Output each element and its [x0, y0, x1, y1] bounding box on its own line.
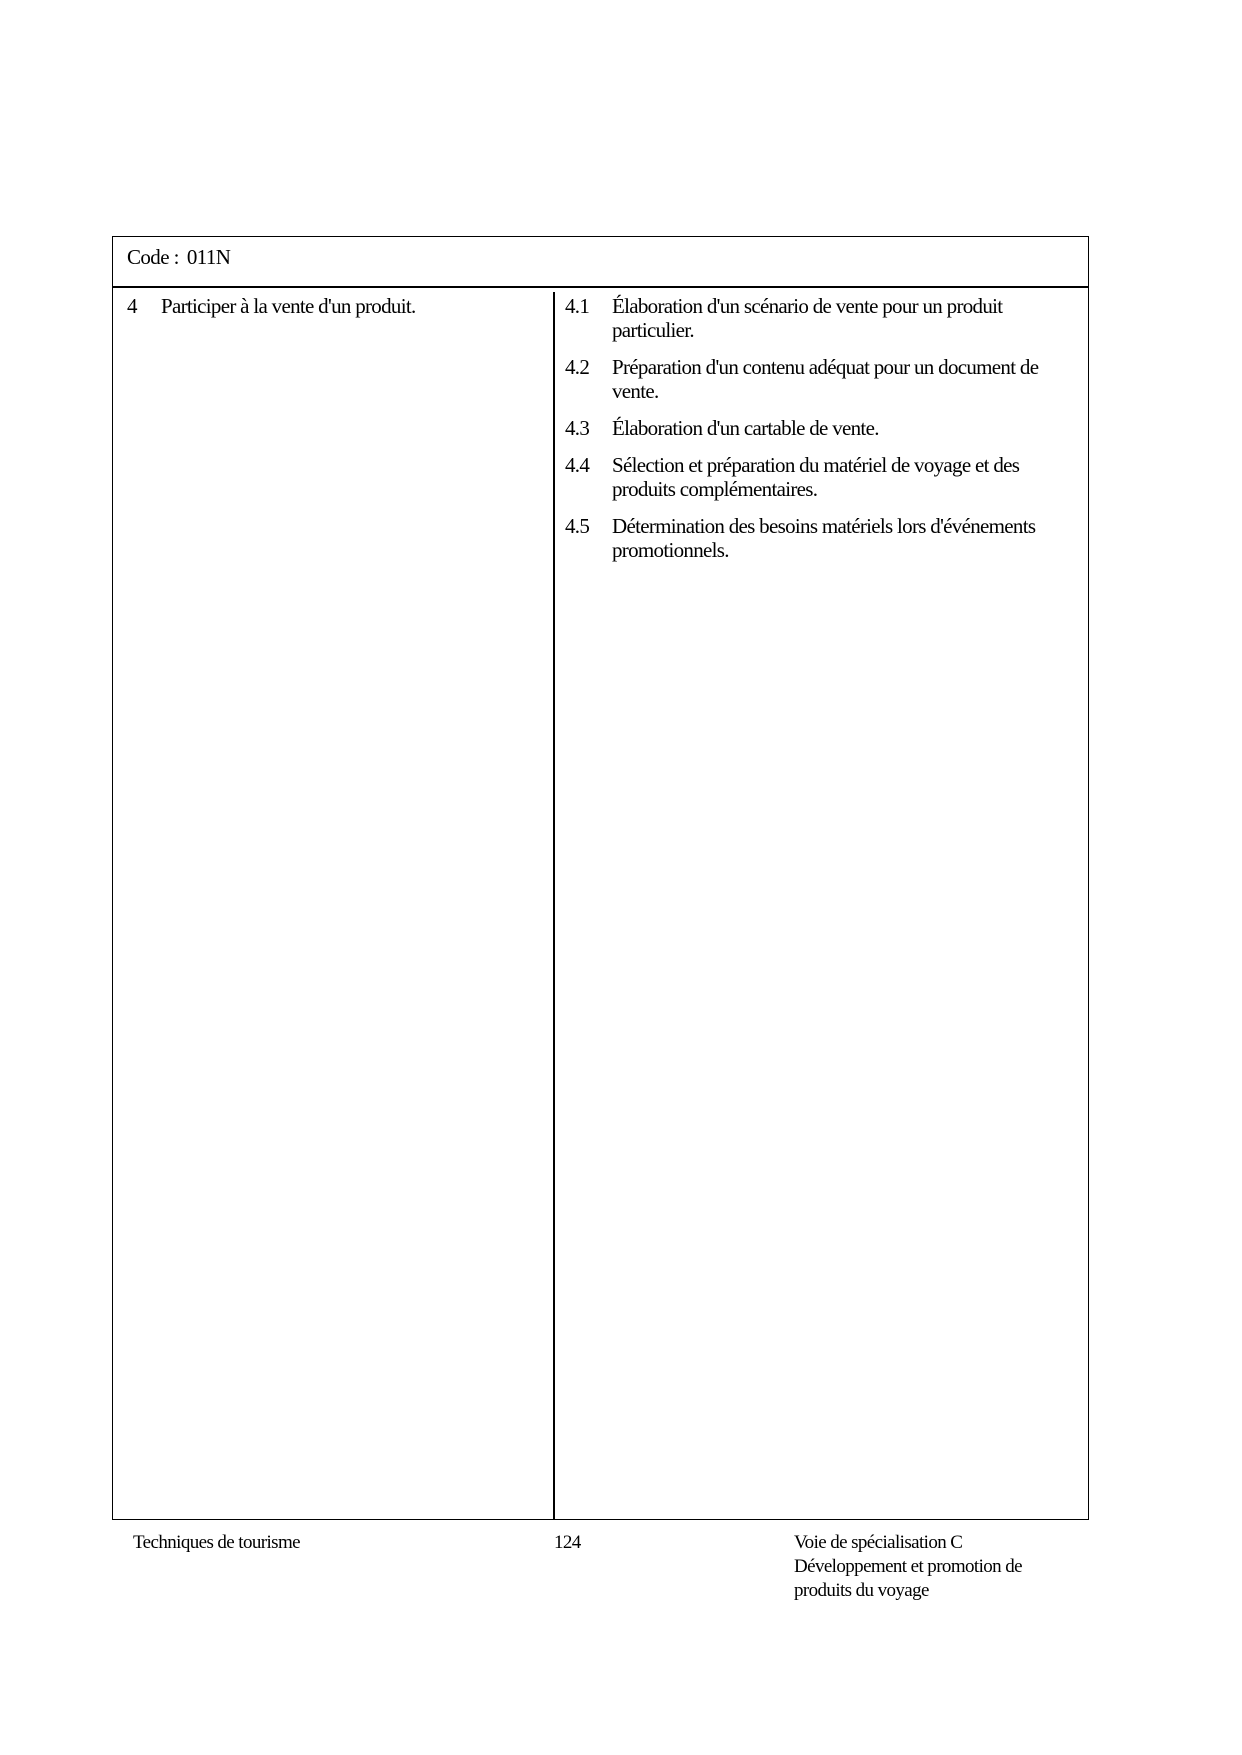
document-page: Code :011N 4Participer à la vente d'un p…	[0, 0, 1242, 1755]
footer-right-line: Développement et promotion de	[794, 1555, 1084, 1579]
element-text: Élaboration d'un cartable de vente.	[612, 416, 1080, 440]
element-number: 4.1	[565, 294, 612, 342]
element-text: Élaboration d'un scénario de vente pour …	[612, 294, 1080, 342]
footer-right-line: Voie de spécialisation C	[794, 1531, 1084, 1555]
page-number: 124	[554, 1531, 581, 1555]
competency-table: Code :011N 4Participer à la vente d'un p…	[112, 236, 1089, 1520]
competency-number: 4	[127, 294, 161, 319]
footer-specialization: Voie de spécialisation C Développement e…	[794, 1531, 1084, 1603]
code-value: 011N	[187, 245, 231, 269]
column-divider	[553, 292, 555, 1519]
element-text: Préparation d'un contenu adéquat pour un…	[612, 355, 1080, 403]
footer-right-line: produits du voyage	[794, 1579, 1084, 1603]
element-number: 4.2	[565, 355, 612, 403]
footer-program-title: Techniques de tourisme	[133, 1531, 300, 1555]
code-label: Code :	[127, 245, 179, 269]
element-item: 4.1 Élaboration d'un scénario de vente p…	[565, 294, 1080, 342]
code-row: Code :011N	[113, 237, 1088, 288]
element-number: 4.4	[565, 453, 612, 501]
element-number: 4.3	[565, 416, 612, 440]
element-item: 4.3 Élaboration d'un cartable de vente.	[565, 416, 1080, 440]
elements-list: 4.1 Élaboration d'un scénario de vente p…	[565, 294, 1080, 575]
element-text: Détermination des besoins matériels lors…	[612, 514, 1080, 562]
element-item: 4.2 Préparation d'un contenu adéquat pou…	[565, 355, 1080, 403]
element-text: Sélection et préparation du matériel de …	[612, 453, 1080, 501]
element-number: 4.5	[565, 514, 612, 562]
element-item: 4.5 Détermination des besoins matériels …	[565, 514, 1080, 562]
competency-title: Participer à la vente d'un produit.	[161, 294, 416, 318]
element-item: 4.4 Sélection et préparation du matériel…	[565, 453, 1080, 501]
competency-cell: 4Participer à la vente d'un produit.	[127, 294, 537, 319]
code-header: Code :011N	[127, 245, 230, 270]
